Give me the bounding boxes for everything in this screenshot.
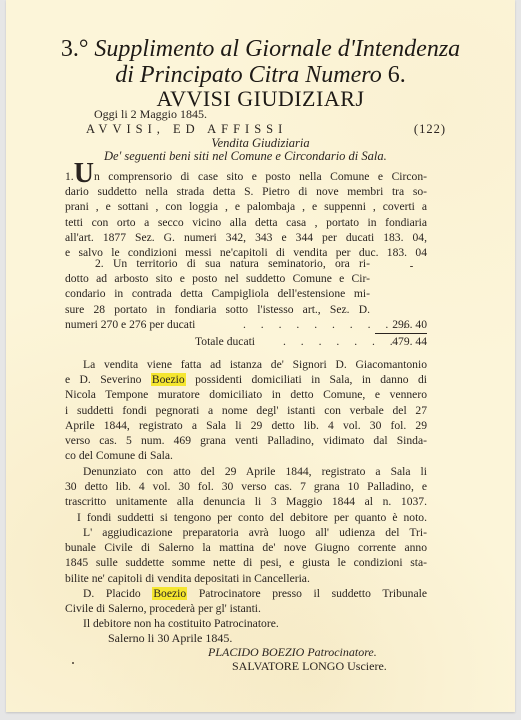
text-segment: e D. Severino — [65, 373, 141, 386]
total-label: Totale ducati — [195, 334, 255, 349]
amount-value: 296. 40 — [392, 317, 427, 332]
section-title: AVVISI, ED AFFISSI — [86, 122, 287, 137]
paragraph-vendita: La vendita viene fatta ad istanza de' Si… — [65, 357, 427, 463]
issue-number: 6. — [388, 62, 406, 88]
text-line: 2. Un territorio di sua natura seminator… — [65, 256, 370, 271]
paragraph-denunziato: Denunziato con atto del 29 Aprile 1844, … — [65, 464, 427, 525]
total-value: 479. 44 — [392, 334, 427, 349]
text-line: i suddetti fondi pegnorati a nome degl' … — [65, 403, 427, 418]
viewer-frame: 3.° Supplimento al Giornale d'Intendenza… — [0, 0, 521, 720]
text-line: bilite ne' capitoli di vendita depositat… — [65, 571, 427, 586]
page-title: AVVISI GIUDIZIARJ — [6, 87, 515, 111]
item-number: 1. — [65, 170, 74, 183]
text-line: dario suddetto nella strada detta S. Pie… — [65, 184, 427, 199]
text-line: tetti con orto a secco vicino alla detta… — [65, 215, 427, 230]
signature-name: SALVATORE LONGO — [232, 659, 344, 673]
paper-speck — [72, 662, 74, 664]
amounts-block: numeri 270 e 276 per ducati . . . . . . … — [65, 317, 427, 349]
text-line: Denunziato con atto del 29 Aprile 1844, … — [65, 464, 427, 479]
item-1-line: 1.Un comprensorio di case sito e posto n… — [65, 164, 427, 184]
paper-speck — [410, 266, 413, 267]
text-line: 1845 sulle suddette somme nette di pesi,… — [65, 555, 427, 570]
text-line: D. Placido Boezio Patrocinatore presso i… — [65, 586, 427, 601]
text-line: L' aggiudicazione preparatoria avrà luog… — [65, 525, 427, 540]
text-line: prani , e sottani , con loggia , e palom… — [65, 199, 427, 214]
text-line: Aprile 1844, registrato a Sala li 29 det… — [65, 418, 427, 433]
paragraph-aggiudicazione: L' aggiudicazione preparatoria avrà luog… — [65, 525, 427, 631]
amount-label: numeri 270 e 276 per ducati — [65, 317, 195, 332]
text-line: sure 28 portato in fondiaria sotto l'ist… — [65, 302, 370, 317]
supplement-number: 3.° — [61, 36, 89, 62]
document-page: 3.° Supplimento al Giornale d'Intendenza… — [6, 0, 515, 712]
text-line: all'art. 1877 Sez. G. numeri 342, 343 e … — [65, 230, 427, 245]
signature-name: PLACIDO BOEZIO — [208, 645, 304, 659]
signature-usciere: SALVATORE LONGO Usciere. — [232, 659, 387, 673]
text-line: co del Comune di Sala. — [65, 448, 427, 463]
place-date: Salerno li 30 Aprile 1845. — [108, 631, 232, 645]
highlighted-name: Boezio — [151, 373, 186, 386]
text-line: e D. Severino Boezio possidenti domicili… — [65, 372, 427, 387]
province-title: di Principato Citra Numero — [115, 62, 381, 88]
text-line: dotto ad arbosto sito e posto nel suddet… — [65, 271, 370, 286]
leader-dots: . . . . . . . — [283, 334, 399, 349]
section-number: (122) — [414, 122, 446, 137]
text-line: 30 detto lib. 4 vol. 30 fol. 30 verso ca… — [65, 479, 427, 494]
text-line: La vendita viene fatta ad istanza de' Si… — [65, 357, 427, 372]
text-line: Nicola Tempone muratore domiciliato in d… — [65, 387, 427, 402]
text-line: Il debitore non ha costituito Patrocinat… — [65, 616, 427, 631]
text-segment: possidenti domiciliati in Sala, in danno… — [195, 373, 427, 386]
highlighted-name: Boezio — [152, 587, 187, 600]
item-2: 2. Un territorio di sua natura seminator… — [65, 256, 370, 317]
text-segment: D. Placido — [83, 587, 141, 600]
header-line-2: di Principato Citra Numero 6. — [6, 62, 515, 88]
text-line: Civile di Salerno, procederà per gl' ist… — [65, 601, 427, 616]
signature-role: Usciere. — [347, 659, 387, 673]
text-line: trascritto unitamente alla denuncia li 3… — [65, 494, 427, 509]
header-line-1: 3.° Supplimento al Giornale d'Intendenza — [6, 36, 515, 62]
leader-dots: . . . . . . . . . . — [243, 317, 412, 332]
text-line: condario in contrada detta Campigliola d… — [65, 286, 370, 301]
text-line: bunale Civile di Salerno la mattina de' … — [65, 540, 427, 555]
total-row: Totale ducati . . . . . . . 479. 44 — [65, 334, 427, 349]
text-line: I fondi suddetti si tengono per conto de… — [65, 510, 427, 525]
supplement-title: Supplimento al Giornale d'Intendenza — [94, 36, 460, 62]
text-line: verso cas. 5 num. 469 grana venti Pallad… — [65, 433, 427, 448]
signature-role: Patrocinatore. — [307, 645, 376, 659]
text-segment: Patrocinatore presso il suddetto Tribuna… — [199, 587, 427, 600]
item-2-amount-row: numeri 270 e 276 per ducati . . . . . . … — [65, 317, 427, 332]
issue-date: Oggi li 2 Maggio 1845. — [94, 107, 207, 121]
item-1: 1.Un comprensorio di case sito e posto n… — [65, 164, 427, 260]
text-line: n comprensorio di case sito e posto nell… — [94, 170, 427, 183]
signature-patrocinatore: PLACIDO BOEZIO Patrocinatore. — [208, 645, 377, 659]
section-description: De' seguenti beni siti nel Comune e Circ… — [104, 149, 387, 164]
